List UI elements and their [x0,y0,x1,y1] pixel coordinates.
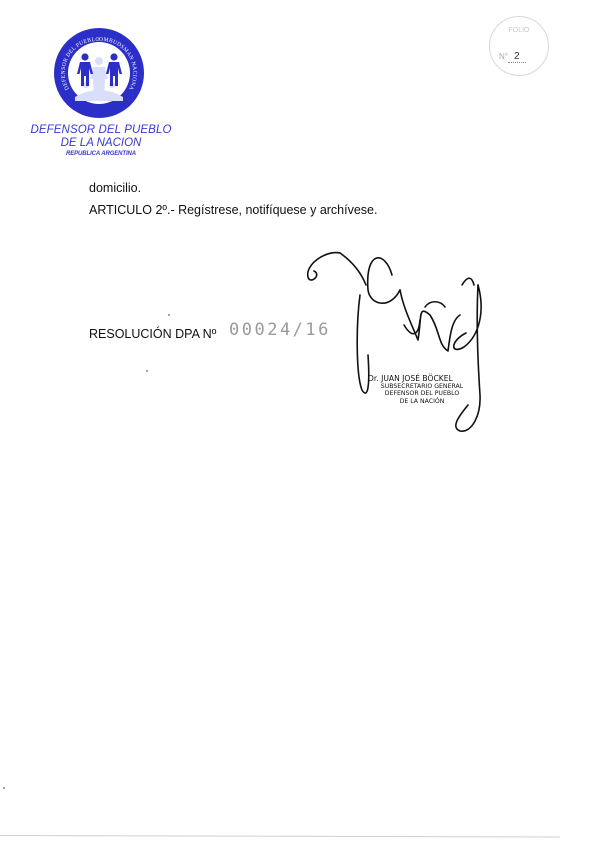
folio-prefix: N° [499,52,508,61]
folio-value: 2 [508,51,526,63]
organization-name: DEFENSOR DEL PUEBLO DE LA NACION REPUBLI… [20,124,182,159]
signer-block: Dr. JUAN JOSÉ BÖCKEL SUBSECRETARIO GENER… [362,374,482,405]
scan-edge-line [0,835,560,837]
folio-label: FOLIO [490,27,548,34]
body-line-domicilio: domicilio. [89,181,141,195]
handwritten-signature-icon [300,245,500,440]
scan-speck [3,787,5,789]
org-country: REPUBLICA ARGENTINA [20,150,182,159]
scan-speck [168,314,170,316]
defensor-del-pueblo-seal-icon: DEFENSOR DEL PUEBLO OMBUDSMAN NACIONAL [53,27,145,119]
folio-number: N°2 [499,51,526,62]
signer-title-1: SUBSECRETARIO GENERAL [362,383,482,390]
scan-speck [146,370,148,372]
resolution-label: RESOLUCIÓN DPA Nº [89,327,216,341]
signer-name: Dr. JUAN JOSÉ BÖCKEL [362,374,482,383]
org-name-line1: DEFENSOR DEL PUEBLO [20,124,182,137]
body-line-articulo-2: ARTICULO 2º.- Regístrese, notifíquese y … [89,203,377,217]
signer-title-2: DEFENSOR DEL PUEBLO [362,390,482,397]
org-name-line2: DE LA NACION [20,137,182,150]
signer-title-3: DE LA NACIÓN [362,398,482,405]
folio-stamp: FOLIO N°2 [489,16,549,76]
